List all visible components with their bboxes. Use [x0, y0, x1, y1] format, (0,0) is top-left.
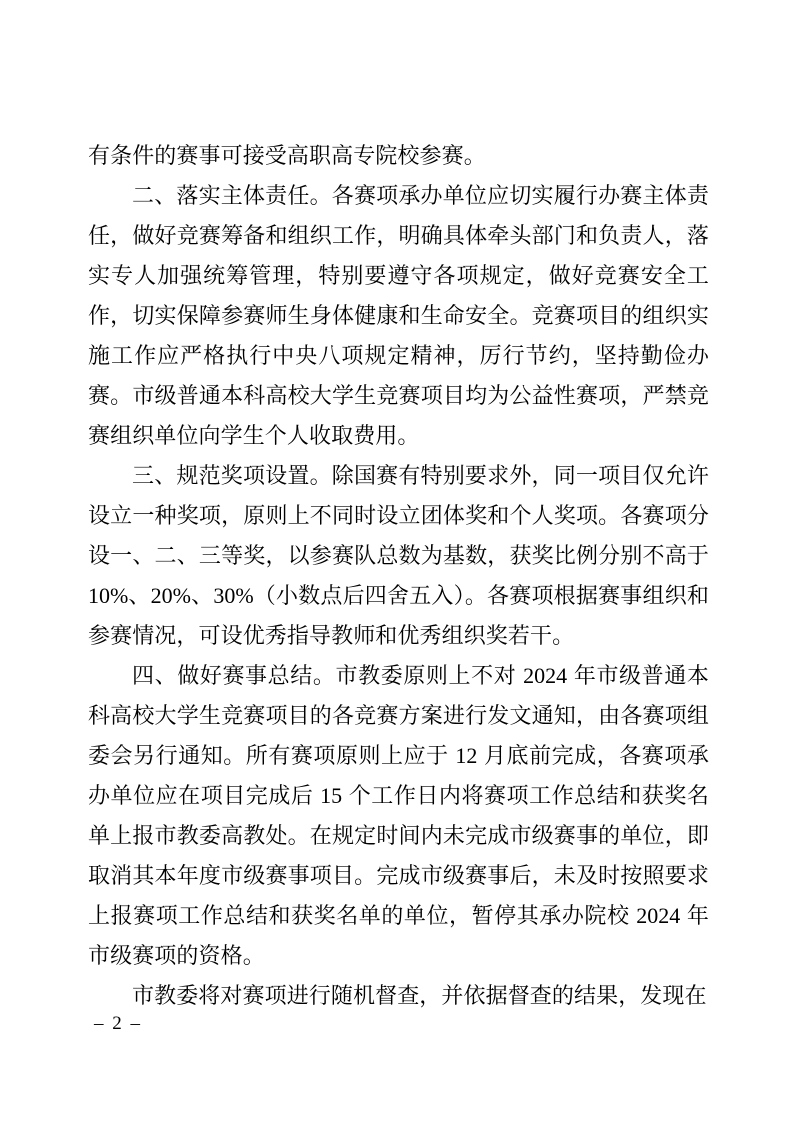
document-page: 有条件的赛事可接受高职高专院校参赛。二、落实主体责任。各赛项承办单位应切实履行办…: [0, 0, 794, 1123]
paragraph: 市教委将对赛项进行随机督查，并依据督查的结果，发现在: [88, 976, 709, 1016]
paragraph: 有条件的赛事可接受高职高专院校参赛。: [88, 136, 709, 176]
document-body: 有条件的赛事可接受高职高专院校参赛。二、落实主体责任。各赛项承办单位应切实履行办…: [88, 136, 709, 1016]
paragraph: 二、落实主体责任。各赛项承办单位应切实履行办赛主体责任，做好竞赛筹备和组织工作，…: [88, 176, 709, 456]
paragraph: 三、规范奖项设置。除国赛有特别要求外，同一项目仅允许设立一种奖项，原则上不同时设…: [88, 456, 709, 656]
page-number: – 2 –: [94, 1013, 142, 1035]
paragraph: 四、做好赛事总结。市教委原则上不对 2024 年市级普通本科高校大学生竞赛项目的…: [88, 656, 709, 976]
